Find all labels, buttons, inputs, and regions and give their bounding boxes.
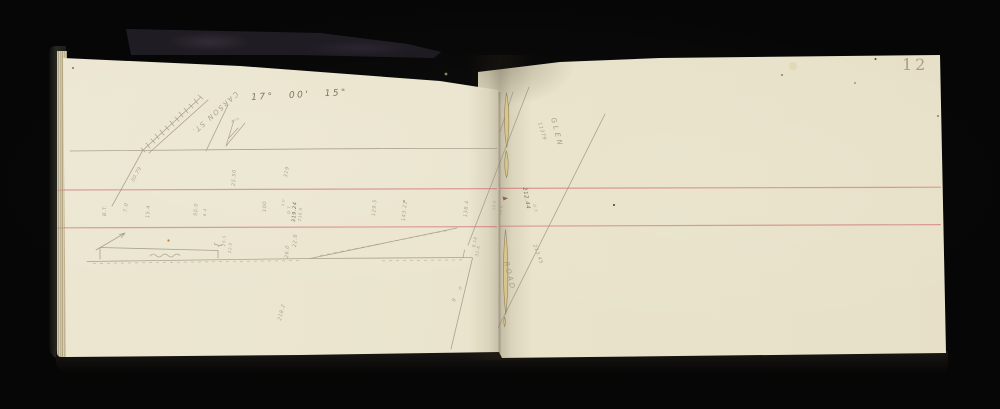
pencil-measurement: 22.0 <box>228 242 233 253</box>
pencil-measurement: 30.79 <box>131 166 143 183</box>
pencil-measurement: B.T. <box>103 205 108 216</box>
pencil-measurement: 212.44 <box>521 187 530 210</box>
pencil-measurement: 50.0 <box>194 203 200 216</box>
pencil-measurement: 7.0 <box>124 203 130 213</box>
notebook-photo: 12 17° 00' 15" CARSON ST. GLEN ROAD 30.7… <box>0 0 1000 409</box>
pencil-measurement: 2.0 <box>282 199 286 206</box>
pencil-measurement: 213.45 <box>531 244 543 265</box>
pencil-measurement: 22.8 <box>293 234 299 248</box>
pencil-measurement: 15.4 <box>146 205 152 219</box>
pencil-measurement: 14.0 <box>500 205 504 215</box>
pencil-measurement: 4 in <box>231 117 240 124</box>
pencil-measurement: 6.4 <box>203 208 207 216</box>
pencil-annotations-layer: 30.7925.503194 inB.T.7.015.450.06.41002.… <box>0 0 1000 409</box>
pencil-measurement: 143.21 <box>402 201 409 222</box>
pencil-measurement: 216.0 <box>298 207 303 221</box>
pencil-measurement: 8 <box>452 298 458 303</box>
pencil-measurement: 129.5 <box>372 199 378 216</box>
pencil-measurement: 26.0 <box>285 245 291 259</box>
pencil-measurement: 218.2 <box>278 304 287 322</box>
pencil-measurement: 25.50 <box>232 169 238 186</box>
pencil-measurement: 13.5 <box>493 200 497 210</box>
pencil-measurement: 138.4 <box>464 200 470 217</box>
pencil-measurement: 319 <box>284 166 291 178</box>
pencil-measurement: 31.6 <box>475 245 481 256</box>
pencil-measurement: 11379 <box>536 122 546 141</box>
pencil-measurement: o <box>458 286 464 291</box>
pencil-measurement: 100 <box>263 201 268 212</box>
pencil-measurement: 25.5 <box>222 235 227 246</box>
pencil-measurement: O.T. <box>532 204 538 214</box>
